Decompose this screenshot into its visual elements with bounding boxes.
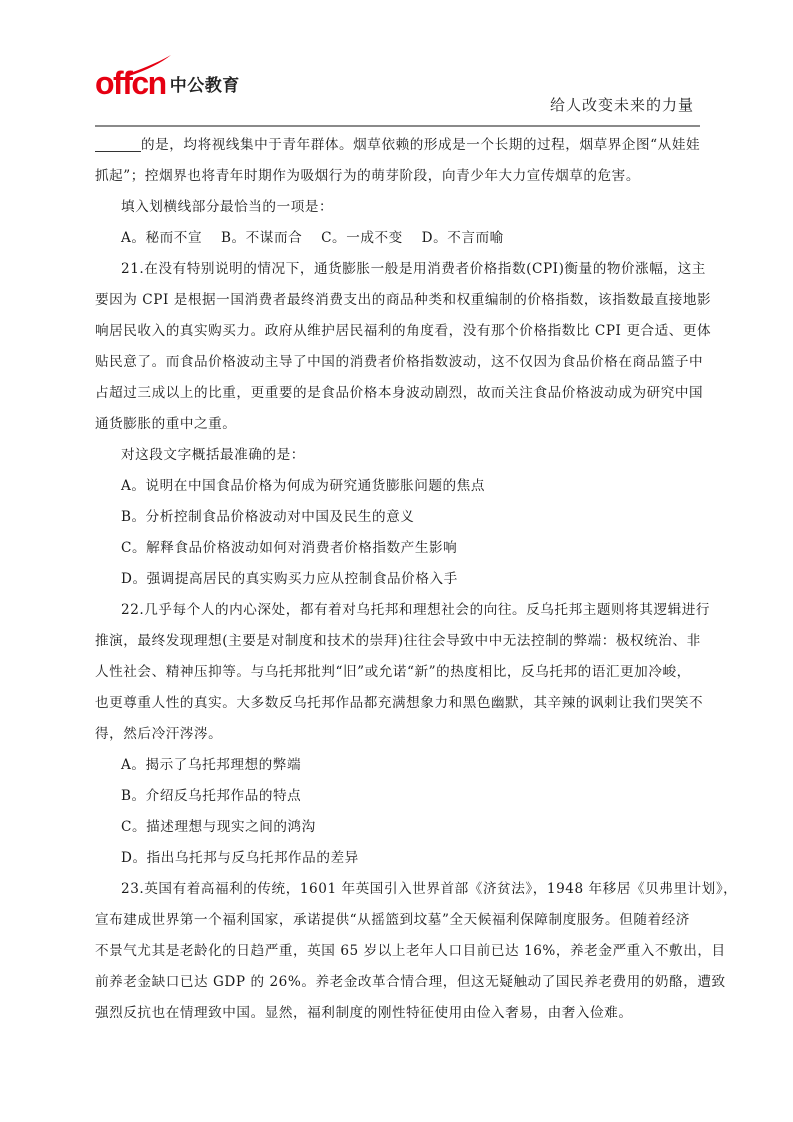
q20-options: A。秘而不宣 B。不谋而合 C。一成不变 D。不言而喻 (95, 223, 707, 254)
q21-option-a: A。说明在中国食品价格为何成为研究通货膨胀问题的焦点 (95, 471, 707, 502)
header-divider (95, 125, 700, 127)
q21-line: 要因为 CPI 是根据一国消费者最终消费支出的商品种类和权重编制的价格指数，该指… (95, 285, 707, 316)
q21-option-c: C。解释食品价格波动如何对消费者价格指数产生影响 (95, 533, 707, 564)
q20-line: 的是，均将视线集中于青年群体。烟草依赖的形成是一个长期的过程，烟草界企图“从娃娃 (95, 130, 707, 161)
logo-chinese-text: 中公教育 (170, 74, 240, 98)
q21-option-d: D。强调提高居民的真实购买力应从控制食品价格入手 (95, 564, 707, 595)
logo-swoosh-icon (125, 54, 173, 76)
q22-option-b: B。介绍反乌托邦作品的特点 (95, 781, 707, 812)
option-a: A。秘而不宣 (121, 230, 202, 246)
q23-line: 23.英国有着高福利的传统，1601 年英国引入世界首部《济贫法》，1948 年… (95, 874, 707, 905)
q23-line: 前养老金缺口已达 GDP 的 26%。养老金改革合情合理，但这无疑触动了国民养老… (95, 967, 707, 998)
q21-line: 占超过三成以上的比重，更重要的是食品价格本身波动剧烈，故而关注食品价格波动成为研… (95, 378, 707, 409)
q23-line: 强烈反抗也在情理致中国。显然，福利制度的刚性特征使用由俭入奢易，由奢入俭难。 (95, 998, 707, 1029)
option-c: C。一成不变 (321, 230, 403, 246)
q21-line: 21.在没有特别说明的情况下，通货膨胀一般是用消费者价格指数(CPI)衡量的物价… (95, 254, 707, 285)
document-body: 的是，均将视线集中于青年群体。烟草依赖的形成是一个长期的过程，烟草界企图“从娃娃… (95, 130, 707, 1029)
q22-option-d: D。指出乌托邦与反乌托邦作品的差异 (95, 843, 707, 874)
fill-blank (95, 133, 141, 152)
q21-prompt: 对这段文字概括最准确的是： (95, 440, 707, 471)
q23-line: 不景气尤其是老龄化的日趋严重，英国 65 岁以上老年人口目前已达 16%，养老金… (95, 936, 707, 967)
q20-prompt: 填入划横线部分最恰当的一项是： (95, 192, 707, 223)
q21-line: 通货膨胀的重中之重。 (95, 409, 707, 440)
q21-line: 贴民意了。而食品价格波动主导了中国的消费者价格指数波动，这不仅因为食品价格在商品… (95, 347, 707, 378)
q22-line: 人性社会、精神压抑等。与乌托邦批判“旧”或允诺“新”的热度相比，反乌托邦的语汇更… (95, 657, 707, 688)
option-d: D。不言而喻 (422, 230, 504, 246)
q21-option-b: B。分析控制食品价格波动对中国及民生的意义 (95, 502, 707, 533)
slogan: 给人改变未来的力量 (550, 94, 694, 115)
q22-option-c: C。描述理想与现实之间的鸿沟 (95, 812, 707, 843)
q21-line: 响居民收入的真实购买力。政府从维护居民福利的角度看，没有那个价格指数比 CPI … (95, 316, 707, 347)
q22-line: 推演，最终发现理想(主要是对制度和技术的崇拜)往往会导致中中无法控制的弊端：极权… (95, 626, 707, 657)
q20-line: 抓起”；控烟界也将青年时期作为吸烟行为的萌芽阶段，向青少年大力宣传烟草的危害。 (95, 161, 707, 192)
q23-line: 宣布建成世界第一个福利国家，承诺提供“从摇篮到坟墓”全天候福利保障制度服务。但随… (95, 905, 707, 936)
option-b: B。不谋而合 (221, 230, 302, 246)
q22-line: 得，然后冷汗涔涔。 (95, 719, 707, 750)
q22-line: 22.几乎每个人的内心深处，都有着对乌托邦和理想社会的向往。反乌托邦主题则将其逻… (95, 595, 707, 626)
offcn-logo: offcn 中公教育 (95, 68, 240, 98)
q22-line: 也更尊重人性的真实。大多数反乌托邦作品都充满想象力和黑色幽默，其辛辣的讽刺让我们… (95, 688, 707, 719)
q22-option-a: A。揭示了乌托邦理想的弊端 (95, 750, 707, 781)
page-header: offcn 中公教育 给人改变未来的力量 (95, 60, 700, 126)
